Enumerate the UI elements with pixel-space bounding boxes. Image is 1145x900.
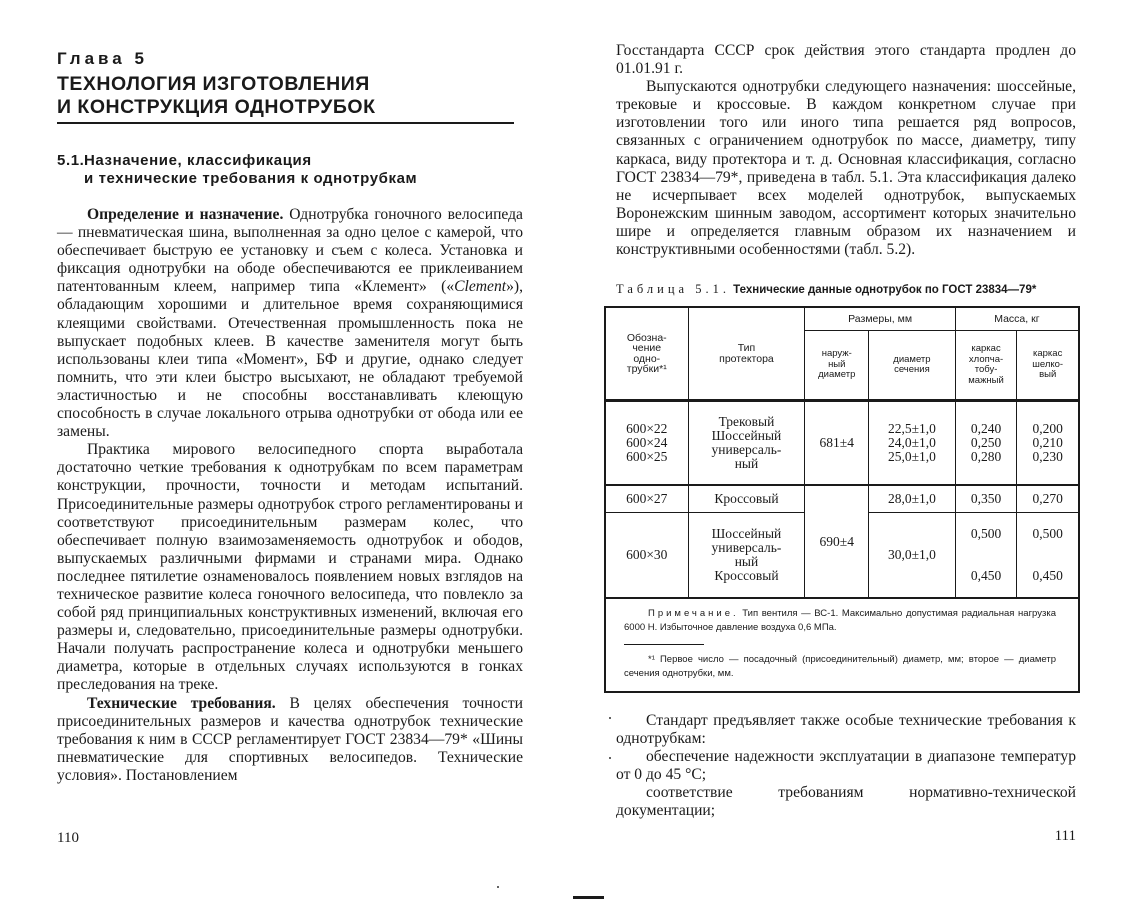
spec-table: Обозна-чениеодно-трубки*¹ Типпротектора …	[604, 306, 1080, 693]
scan-speck	[609, 757, 611, 759]
paragraph-practice: Практика мирового велосипедного спорта в…	[57, 441, 523, 694]
table-note-row: Примечание. Тип вентиля — ВС-1. Максимал…	[605, 598, 1079, 692]
paragraph-reliability: обеспечение надежности эксплуатации в ди…	[616, 748, 1076, 784]
cell-designation: 600×27	[605, 485, 688, 513]
footnote-text: *¹ Первое число — посадочный (присоедини…	[624, 653, 1056, 681]
paragraph-lead: Определение и назначение.	[87, 206, 283, 223]
header-outer-diameter: наруж-ныйдиаметр	[805, 331, 869, 401]
paragraph-definition: Определение и назначение. Однотрубка гон…	[57, 206, 523, 441]
chapter-title: ТЕХНОЛОГИЯ ИЗГОТОВЛЕНИЯ И КОНСТРУКЦИЯ ОД…	[57, 73, 376, 119]
footnote-rule	[624, 644, 704, 645]
paragraph-classification: Выпускаются однотрубки следующего назнач…	[616, 78, 1076, 259]
section-title-line-1: Назначение, классификация	[84, 152, 312, 169]
note-label: Примечание.	[648, 608, 739, 619]
chapter-label: Глава 5	[57, 49, 148, 69]
header-designation: Обозна-чениеодно-трубки*¹	[605, 307, 688, 401]
paragraph-standard-requirements: Стандарт предъявляет также особые технич…	[616, 712, 1076, 748]
header-cotton-carcass: каркасхлопча-тобу-мажный	[955, 331, 1017, 401]
cell-mass-silk: 0,5000,450	[1017, 513, 1079, 599]
table-caption: Таблица 5.1. Технические данные однотруб…	[616, 282, 1078, 297]
header-section-diameter: диаметрсечения	[869, 331, 956, 401]
page-number-left: 110	[57, 830, 79, 847]
section-number: 5.1.	[57, 152, 84, 170]
chapter-rule	[57, 122, 514, 124]
cell-tread-type: ТрековыйШоссейныйуниверсаль-ный	[688, 401, 805, 486]
scan-edge-mark	[573, 896, 604, 899]
cell-section-diameter: 30,0±1,0	[869, 513, 956, 599]
paragraph-requirements: Технические требования. В целях обеспече…	[57, 695, 523, 785]
page-number-right: 111	[616, 828, 1076, 845]
scan-speck	[609, 717, 611, 719]
cell-outer-diameter: 681±4	[805, 401, 869, 486]
cell-outer-diameter: 690±4	[805, 485, 869, 598]
header-silk-carcass: каркасшелко-вый	[1017, 331, 1079, 401]
paragraph-compliance: соответствие требованиям нормативно-техн…	[616, 784, 1076, 820]
table-row: 600×22600×24600×25 ТрековыйШоссейныйунив…	[605, 401, 1079, 486]
table-note: Примечание. Тип вентиля — ВС-1. Максимал…	[605, 598, 1079, 692]
italic-term: Clement	[454, 278, 506, 295]
cell-mass-cotton: 0,350	[955, 485, 1017, 513]
cell-mass-silk: 0,270	[1017, 485, 1079, 513]
table-caption-text: Технические данные однотрубок по ГОСТ 23…	[733, 284, 1036, 296]
cell-section-diameter: 28,0±1,0	[869, 485, 956, 513]
chapter-title-line-1: ТЕХНОЛОГИЯ ИЗГОТОВЛЕНИЯ	[57, 73, 376, 96]
cell-section-diameter: 22,5±1,024,0±1,025,0±1,0	[869, 401, 956, 486]
cell-tread-type: Шоссейныйуниверсаль-ныйКроссовый	[688, 513, 805, 599]
cell-tread-type: Кроссовый	[688, 485, 805, 513]
table-row: 600×27 Кроссовый 690±4 28,0±1,0 0,350 0,…	[605, 485, 1079, 513]
section-title-line-2: и технические требования к однотрубкам	[57, 170, 417, 188]
right-body-text-after-table: Стандарт предъявляет также особые технич…	[616, 712, 1076, 821]
cell-mass-cotton: 0,2400,2500,280	[955, 401, 1017, 486]
paragraph-gosstandard: Госстандарта СССР срок действия этого ст…	[616, 42, 1076, 78]
header-mass-group: Масса, кг	[955, 307, 1079, 331]
cell-designation: 600×30	[605, 513, 688, 599]
note-text: Примечание. Тип вентиля — ВС-1. Максимал…	[624, 607, 1056, 635]
cell-designation: 600×22600×24600×25	[605, 401, 688, 486]
chapter-title-line-2: И КОНСТРУКЦИЯ ОДНОТРУБОК	[57, 96, 376, 119]
scan-speck	[497, 886, 499, 888]
header-dimensions-group: Размеры, мм	[805, 307, 955, 331]
cell-mass-silk: 0,2000,2100,230	[1017, 401, 1079, 486]
header-tread-type: Типпротектора	[688, 307, 805, 401]
cell-mass-cotton: 0,5000,450	[955, 513, 1017, 599]
right-body-text: Госстандарта СССР срок действия этого ст…	[616, 42, 1076, 259]
paragraph-lead: Технические требования.	[87, 695, 276, 712]
section-title: 5.1.Назначение, классификация и техничес…	[57, 152, 417, 188]
table-caption-label: Таблица 5.1.	[616, 282, 730, 296]
left-body-text: Определение и назначение. Однотрубка гон…	[57, 206, 523, 785]
